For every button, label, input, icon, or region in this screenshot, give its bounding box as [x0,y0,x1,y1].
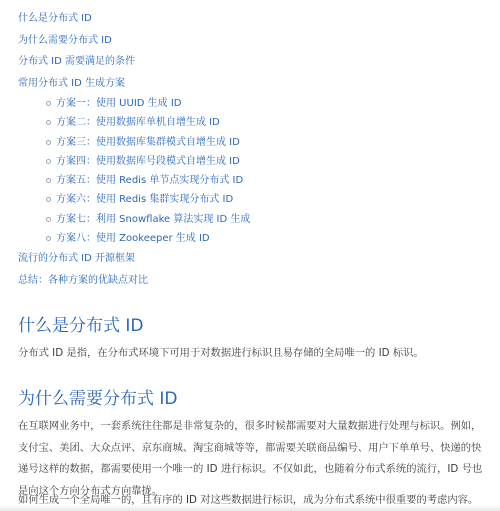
toc-link-label: 方案七：利用 Snowflake 算法实现 ID 生成 [56,214,250,225]
table-of-contents: 什么是分布式 ID 为什么需要分布式 ID 分布式 ID 需要满足的条件 常用分… [18,8,250,291]
toc-link-common-solutions[interactable]: 常用分布式 ID 生成方案 [18,73,250,95]
toc-link-what-is-distributed-id[interactable]: 什么是分布式 ID [18,8,250,30]
toc-link-requirements[interactable]: 分布式 ID 需要满足的条件 [18,51,250,73]
toc-link-label: 方案二：使用数据库单机自增生成 ID [56,117,220,128]
hollow-circle-bullet-icon [46,217,51,222]
toc-link-solution-3[interactable]: 方案三：使用数据库集群模式自增生成 ID [46,133,250,152]
section-heading-why-distributed-id: 为什么需要分布式 ID [18,384,178,409]
hollow-circle-bullet-icon [46,159,51,164]
hollow-circle-bullet-icon [46,178,51,183]
toc-link-label: 方案一：使用 UUID 生成 ID [56,98,181,109]
hollow-circle-bullet-icon [46,101,51,106]
toc-link-solution-7[interactable]: 方案七：利用 Snowflake 算法实现 ID 生成 [46,210,250,229]
hollow-circle-bullet-icon [46,236,51,241]
toc-link-label: 方案三：使用数据库集群模式自增生成 ID [56,137,240,148]
section-heading-what-is-distributed-id: 什么是分布式 ID [18,311,144,336]
toc-link-label: 方案五：使用 Redis 单节点实现分布式 ID [56,175,243,186]
toc-link-solution-4[interactable]: 方案四：使用数据库号段模式自增生成 ID [46,152,250,171]
section-paragraph: 分布式 ID 是指，在分布式环境下可用于对数据进行标识且易存储的全局唯一的 ID… [18,343,486,365]
toc-link-why-distributed-id[interactable]: 为什么需要分布式 ID [18,30,250,52]
toc-link-solution-6[interactable]: 方案六：使用 Redis 集群实现分布式 ID [46,190,250,209]
toc-link-open-source-frameworks[interactable]: 流行的分布式 ID 开源框架 [18,248,250,270]
hollow-circle-bullet-icon [46,197,51,202]
toc-link-label: 方案四：使用数据库号段模式自增生成 ID [56,156,240,167]
toc-link-solution-1[interactable]: 方案一：使用 UUID 生成 ID [46,94,250,113]
bottom-edge-shadow [0,505,500,511]
toc-link-solution-8[interactable]: 方案八：使用 Zookeeper 生成 ID [46,229,250,248]
toc-link-label: 方案八：使用 Zookeeper 生成 ID [56,233,210,244]
toc-link-solution-2[interactable]: 方案二：使用数据库单机自增生成 ID [46,113,250,132]
toc-sublist-container: 方案一：使用 UUID 生成 ID 方案二：使用数据库单机自增生成 ID 方案三… [18,94,250,248]
hollow-circle-bullet-icon [46,120,51,125]
hollow-circle-bullet-icon [46,140,51,145]
toc-link-summary[interactable]: 总结：各种方案的优缺点对比 [18,270,250,292]
toc-link-solution-5[interactable]: 方案五：使用 Redis 单节点实现分布式 ID [46,171,250,190]
toc-sublist: 方案一：使用 UUID 生成 ID 方案二：使用数据库单机自增生成 ID 方案三… [18,94,250,248]
toc-link-label: 方案六：使用 Redis 集群实现分布式 ID [56,194,233,205]
